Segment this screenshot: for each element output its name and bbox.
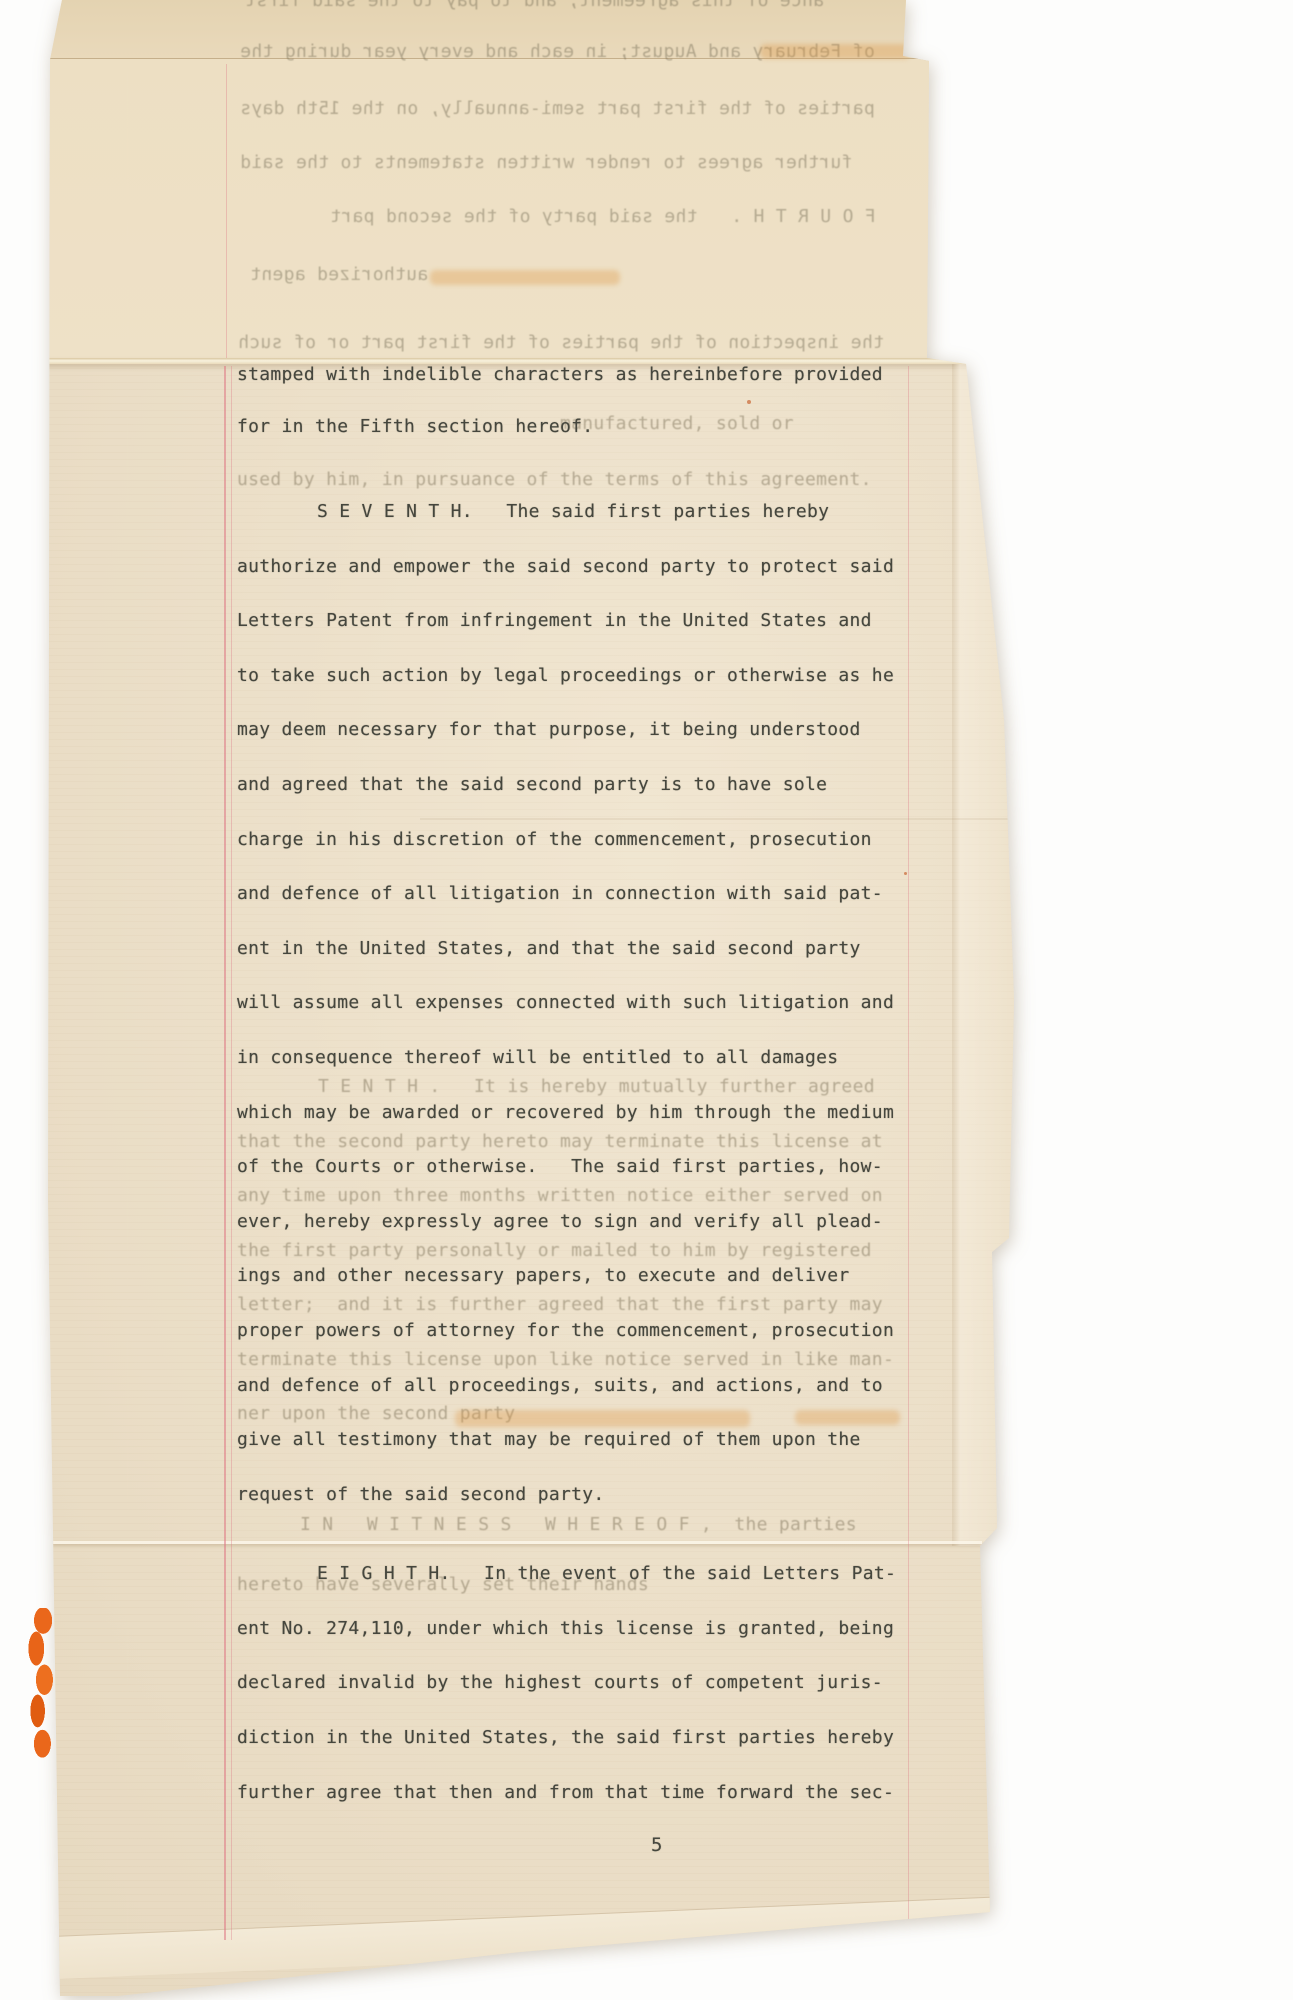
bottom-fold-edge [55, 1896, 1006, 1979]
typed-line: and defence of all litigation in connect… [237, 883, 883, 904]
typed-line: proper powers of attorney for the commen… [237, 1320, 894, 1341]
typed-line: and agreed that the said second party is… [237, 774, 827, 795]
typed-line: in consequence thereof will be entitled … [237, 1047, 838, 1068]
ink-speck [904, 872, 907, 875]
orange-blot [22, 1608, 56, 1764]
lower-crease [52, 1541, 982, 1544]
typed-line: ings and other necessary papers, to exec… [237, 1265, 850, 1286]
typed-line: Letters Patent from infringement in the … [237, 610, 872, 631]
typed-line: stamped with indelible characters as her… [237, 364, 883, 385]
soft-crease [420, 818, 1012, 820]
orange-ghost-smudge [430, 270, 620, 285]
ghost-line-mirrored: F O U R T H . the said party of the seco… [330, 206, 876, 227]
paper-sheet: ance of this agreement, and to pay to th… [0, 0, 1293, 2000]
typed-line: which may be awarded or recovered by him… [237, 1102, 894, 1123]
ghost-line-mirrored: the inspection of the parties of the fir… [238, 332, 884, 353]
ghost-line: terminate this license upon like notice … [237, 1349, 894, 1370]
typed-line: further agree that then and from that ti… [237, 1782, 894, 1803]
ghost-line-mirrored: authorized agent [250, 264, 428, 285]
typed-line: for in the Fifth section hereof. [237, 416, 593, 437]
typed-line: to take such action by legal proceedings… [237, 665, 894, 686]
right-margin-line [908, 366, 909, 1936]
typed-line: request of the said second party. [237, 1484, 605, 1505]
typed-line: E I G H T H. In the event of the said Le… [317, 1563, 896, 1584]
page-number: 5 [651, 1834, 662, 1856]
typed-line: ent in the United States, and that the s… [237, 938, 861, 959]
orange-ghost-smudge [795, 1410, 900, 1425]
document-photo: ance of this agreement, and to pay to th… [0, 0, 1293, 2000]
ghost-line: the first party personally or mailed to … [237, 1240, 872, 1261]
typed-line: ever, hereby expressly agree to sign and… [237, 1211, 883, 1232]
ghost-line: any time upon three months written notic… [237, 1185, 883, 1206]
ink-speck [747, 400, 751, 404]
ghost-line-mirrored: parties of the first part semi-annually,… [240, 98, 875, 119]
typed-line: diction in the United States, the said f… [237, 1727, 894, 1748]
ghost-line: manufactured, sold or [560, 413, 794, 434]
ghost-line-mirrored: further agrees to render written stateme… [240, 152, 853, 173]
typed-line: and defence of all proceedings, suits, a… [237, 1375, 883, 1396]
typed-line: will assume all expenses connected with … [237, 992, 894, 1013]
typed-line: declared invalid by the highest courts o… [237, 1672, 883, 1693]
ghost-line-mirrored: ance of this agreement, and to pay to th… [245, 0, 824, 11]
left-margin-line-upper [226, 64, 227, 358]
ghost-line: used by him, in pursuance of the terms o… [237, 469, 872, 490]
paper-shadow: ance of this agreement, and to pay to th… [0, 0, 1293, 2000]
typed-line: S E V E N T H. The said first parties he… [317, 501, 829, 522]
typed-line: ent No. 274,110, under which this licens… [237, 1618, 894, 1639]
ghost-line: letter; and it is further agreed that th… [237, 1294, 883, 1315]
orange-ghost-smudge [455, 1410, 750, 1427]
ghost-line: I N W I T N E S S W H E R E O F , the pa… [300, 1514, 857, 1535]
left-margin-line [224, 366, 226, 1940]
ghost-line: that the second party hereto may termina… [237, 1131, 883, 1152]
left-margin-line-inner [231, 366, 232, 1940]
ghost-line: T E N T H . It is hereby mutually furthe… [318, 1076, 875, 1097]
typed-line: authorize and empower the said second pa… [237, 556, 894, 577]
typed-line: give all testimony that may be required … [237, 1429, 861, 1450]
typed-line: may deem necessary for that purpose, it … [237, 719, 861, 740]
orange-ghost-smudge [760, 44, 910, 59]
typed-line: of the Courts or otherwise. The said fir… [237, 1156, 883, 1177]
typed-line: charge in his discretion of the commence… [237, 829, 872, 850]
right-fold-edge [952, 364, 1014, 1546]
